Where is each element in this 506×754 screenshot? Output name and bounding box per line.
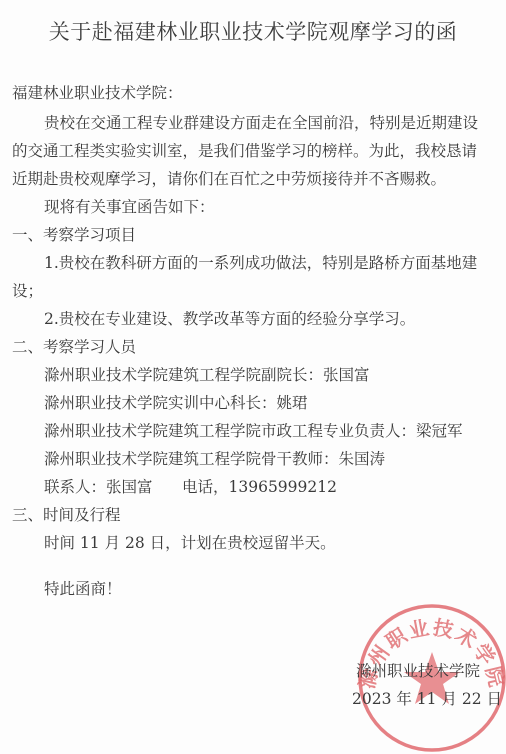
body-paragraph-2: 现将有关事宜函告如下： bbox=[44, 195, 215, 217]
body-line: 近期赴贵校观摩学习，请你们在百忙之中劳烦接待并不吝赐救。 bbox=[12, 167, 446, 189]
section-heading: 一、考察学习项目 bbox=[12, 223, 136, 245]
personnel-item: 滁州职业技术学院建筑工程学院骨干教师：朱国涛 bbox=[44, 447, 385, 469]
section-heading: 二、考察学习人员 bbox=[12, 335, 136, 357]
body-line: 的交通工程类实验实训室，是我们借鉴学习的榜样。为此，我校恳请 bbox=[12, 139, 477, 161]
signature-organization: 滁州职业技术学院 bbox=[356, 659, 480, 681]
personnel-item: 滁州职业技术学院实训中心科长：姚珺 bbox=[44, 391, 308, 413]
contact-person: 联系人：张国富 bbox=[44, 475, 153, 497]
personnel-item: 滁州职业技术学院建筑工程学院市政工程专业负责人：梁冠军 bbox=[44, 419, 463, 441]
section-heading: 三、时间及行程 bbox=[12, 503, 121, 525]
document-title: 关于赴福建林业职业技术学院观摩学习的函 bbox=[0, 16, 506, 46]
section-item: 设； bbox=[12, 279, 43, 301]
contact-phone: 电话，13965999212 bbox=[182, 475, 337, 497]
body-line: 贵校在交通工程专业群建设方面走在全国前沿，特别是近期建设 bbox=[44, 111, 478, 133]
section-item: 1.贵校在教科研方面的一系列成功做法，特别是路桥方面基地建 bbox=[44, 251, 477, 273]
section-item: 2.贵校在专业建设、教学改革等方面的经验分享学习。 bbox=[44, 307, 415, 329]
salutation: 福建林业职业技术学院： bbox=[12, 81, 183, 103]
schedule-item: 时间 11 月 28 日，计划在贵校逗留半天。 bbox=[44, 531, 336, 553]
closing-remark: 特此函商！ bbox=[44, 577, 122, 599]
signature-date: 2023 年 11 月 22 日 bbox=[352, 687, 502, 709]
personnel-item: 滁州职业技术学院建筑工程学院副院长：张国富 bbox=[44, 363, 370, 385]
